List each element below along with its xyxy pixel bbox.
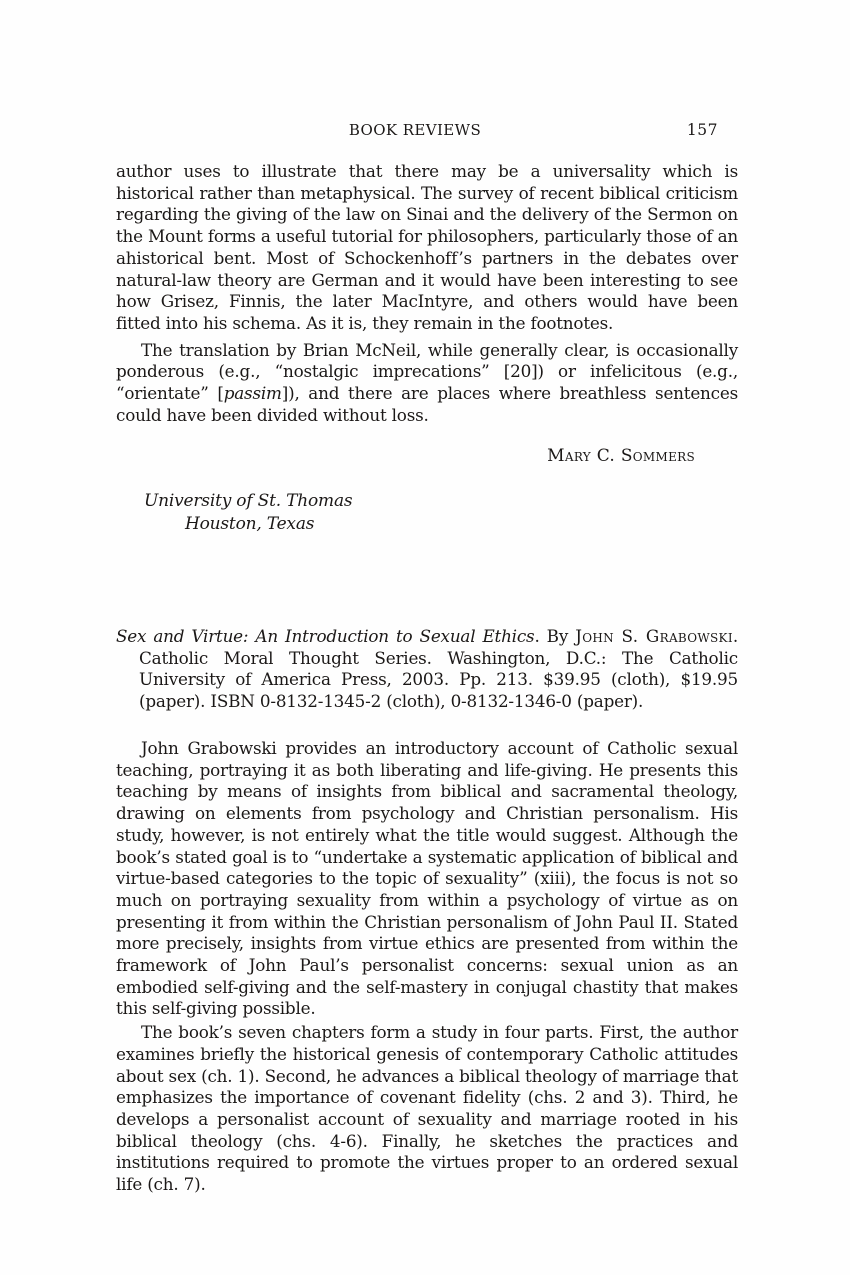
reviewer-affiliation: University of St. Thomas Houston, Texas [144, 490, 352, 536]
affiliation-institution: University of St. Thomas [144, 490, 352, 513]
review1-paragraph-2-italic-word: passim [224, 383, 282, 403]
book-author: John S. Grabowski [575, 626, 733, 646]
book-byline-connector: . By [534, 626, 575, 646]
review2-paragraph-2: The book’s seven chapters form a study i… [116, 1022, 738, 1196]
review1-text: author uses to illustrate that there may… [116, 161, 738, 426]
book-title: Sex and Virtue: An Introduction to Sexua… [116, 626, 534, 646]
review2-text: John Grabowski provides an introductory … [116, 738, 738, 1196]
journal-page: BOOK REVIEWS 157 author uses to illustra… [0, 0, 850, 1275]
running-header: BOOK REVIEWS 157 [116, 121, 738, 139]
running-header-title: BOOK REVIEWS [349, 121, 481, 139]
affiliation-location: Houston, Texas [144, 513, 352, 536]
review2-paragraph-1: John Grabowski provides an introductory … [116, 738, 738, 1020]
page-number: 157 [687, 121, 718, 139]
review1-paragraph-1: author uses to illustrate that there may… [116, 161, 738, 335]
book-citation-heading: Sex and Virtue: An Introduction to Sexua… [116, 626, 738, 713]
reviewer-signature: Mary C. Sommers [116, 446, 738, 466]
reviewer-name: Mary C. Sommers [547, 446, 695, 466]
review1-paragraph-2: The translation by Brian McNeil, while g… [116, 340, 738, 427]
